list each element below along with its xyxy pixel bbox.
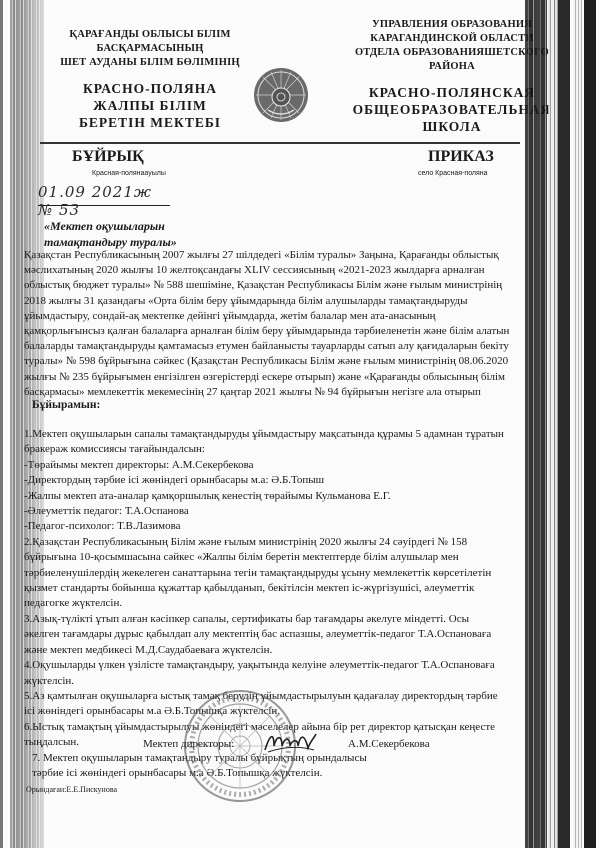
preamble-line: туралы» № 598 бұйрығына сәйкес (Қазақста… (24, 354, 544, 369)
order-item-line: және мектеп медбикесі М.Д.Саудабаеваға ж… (24, 643, 544, 658)
handwritten-signature-icon (262, 728, 318, 758)
org-line: КАРАГАНДИНСКОЙ ОБЛАСТИ (352, 32, 552, 46)
order-item-line: бракераж комиссиясы тағайындалсын: (24, 442, 544, 457)
order-item-line: 3.Азық-түлікті ұтып алған кәсіпкер сапал… (24, 612, 544, 627)
signature-name: А.М.Секербекова (348, 738, 430, 750)
order-item-line: -Директордың тәрбие ісі жөніндегі орынба… (24, 473, 544, 488)
executor-note: Орындаған:Е.Е.Пискунова (26, 785, 117, 794)
header-divider (40, 142, 520, 144)
command-heading: Бұйырамын: (32, 399, 100, 411)
preamble-line: мәслихатының 2020 жылғы 10 желтоқсандағы… (24, 263, 544, 278)
preamble-line: жылғы № 235 бұйрығымен енгізілген өзгері… (24, 370, 544, 385)
scan-shadow-right (584, 0, 596, 848)
preamble-line: басқармасы» мемлекеттік мекемесінің 27 қ… (24, 385, 544, 400)
scan-shadow-right (573, 0, 582, 848)
school-line: КРАСНО-ПОЛЯНА (60, 80, 240, 97)
scan-shadow-right (525, 0, 547, 848)
order-item-line: тәрбиеленушілердің жекелеген санаттарына… (24, 566, 544, 581)
scan-shadow-right (548, 0, 558, 848)
school-name-kz: КРАСНО-ПОЛЯНА ЖАЛПЫ БІЛІМ БЕРЕТІН МЕКТЕБ… (60, 80, 240, 131)
order-item-line: -Төрайымы мектеп директоры: А.М.Секербек… (24, 458, 544, 473)
handwritten-order-number: 01.09 2021ж № 53 (38, 183, 170, 206)
school-line: БЕРЕТІН МЕКТЕБІ (60, 114, 240, 131)
preamble-line: балаларды тамақтандыруды қамтамасыз етум… (24, 339, 544, 354)
preamble-line: ұйымдастыру, сондай-ақ мектепке дейінгі … (24, 309, 544, 324)
preamble-line: 2018 жылғы 31 қазандағы «Орта білім беру… (24, 294, 544, 309)
order-item-line: 1.Мектеп оқушыларын сапалы тамақтандыруд… (24, 427, 544, 442)
org-line: УПРАВЛЕНИЯ ОБРАЗОВАНИЯ (352, 18, 552, 32)
preamble-line: Қазақстан Республикасының 2007 жылғы 27 … (24, 248, 544, 263)
school-line: КРАСНО-ПОЛЯНСКАЯ (352, 84, 552, 101)
order-item-line: -Жалпы мектеп ата-аналар қамқоршылық кен… (24, 489, 544, 504)
state-emblem-icon (252, 66, 310, 124)
order-subject: «Мектеп оқушыларын тамақтандыру туралы» (44, 218, 177, 250)
order-item-line: қызмет стандарты бойынша құжаттар қабылд… (24, 581, 544, 596)
order-title-kz: БҰЙРЫҚ (72, 148, 144, 166)
scan-edge-artifact (0, 0, 3, 848)
place-ru: село Красная-поляна (418, 170, 488, 177)
scan-shadow-right (558, 0, 570, 848)
order-item-line: әкелген тағамдары дұрыс қабылдап алу мек… (24, 627, 544, 642)
org-line: БАСҚАРМАСЫНЫҢ (60, 42, 240, 56)
header-kz: ҚАРАҒАНДЫ ОБЛЫСЫ БІЛІМ БАСҚАРМАСЫНЫҢ ШЕТ… (60, 28, 240, 131)
order-title-ru: ПРИКАЗ (428, 148, 494, 166)
org-line: ШЕТ АУДАНЫ БІЛІМ БӨЛІМІНІҢ (60, 56, 240, 70)
school-name-ru: КРАСНО-ПОЛЯНСКАЯ ОБЩЕОБРАЗОВАТЕЛЬНАЯ ШКО… (352, 84, 552, 135)
org-line: ҚАРАҒАНДЫ ОБЛЫСЫ БІЛІМ (60, 28, 240, 42)
preamble: Қазақстан Республикасының 2007 жылғы 27 … (24, 248, 544, 400)
preamble-line: қамқорлығынсыз қалған балаларға арналған… (24, 324, 544, 339)
order-item-line: -Әлеуметтік педагог: Т.А.Оспанова (24, 504, 544, 519)
place-kz: Красная-полянаауылы (92, 170, 166, 177)
order-item-line: 2.Қазақстан Республикасының Білім және ғ… (24, 535, 544, 550)
school-line: ЖАЛПЫ БІЛІМ (60, 97, 240, 114)
school-line: ШКОЛА (352, 118, 552, 135)
order-item-line: жүктелсін. (24, 674, 544, 689)
order-item-line: педагогке жүктелсін. (24, 596, 544, 611)
scanned-document-page: ҚАРАҒАНДЫ ОБЛЫСЫ БІЛІМ БАСҚАРМАСЫНЫҢ ШЕТ… (0, 0, 600, 848)
order-item-line: 4.Оқушыларды үлкен үзілісте тамақтандыру… (24, 658, 544, 673)
org-line: ОТДЕЛА ОБРАЗОВАНИЯШЕТСКОГО РАЙОНА (352, 46, 552, 74)
subject-line: «Мектеп оқушыларын (44, 218, 177, 234)
order-item-line: бұйрығына 10-қосымшасына сәйкес «Жалпы б… (24, 550, 544, 565)
order-item-line: -Педагог-психолог: Т.В.Лазимова (24, 519, 544, 534)
school-line: ОБЩЕОБРАЗОВАТЕЛЬНАЯ (352, 101, 552, 118)
header-ru: УПРАВЛЕНИЯ ОБРАЗОВАНИЯ КАРАГАНДИНСКОЙ ОБ… (352, 18, 552, 135)
signature-role: Мектеп директоры: (143, 738, 234, 750)
preamble-line: облыстық бюджет туралы» № 588 шешіміне, … (24, 278, 544, 293)
